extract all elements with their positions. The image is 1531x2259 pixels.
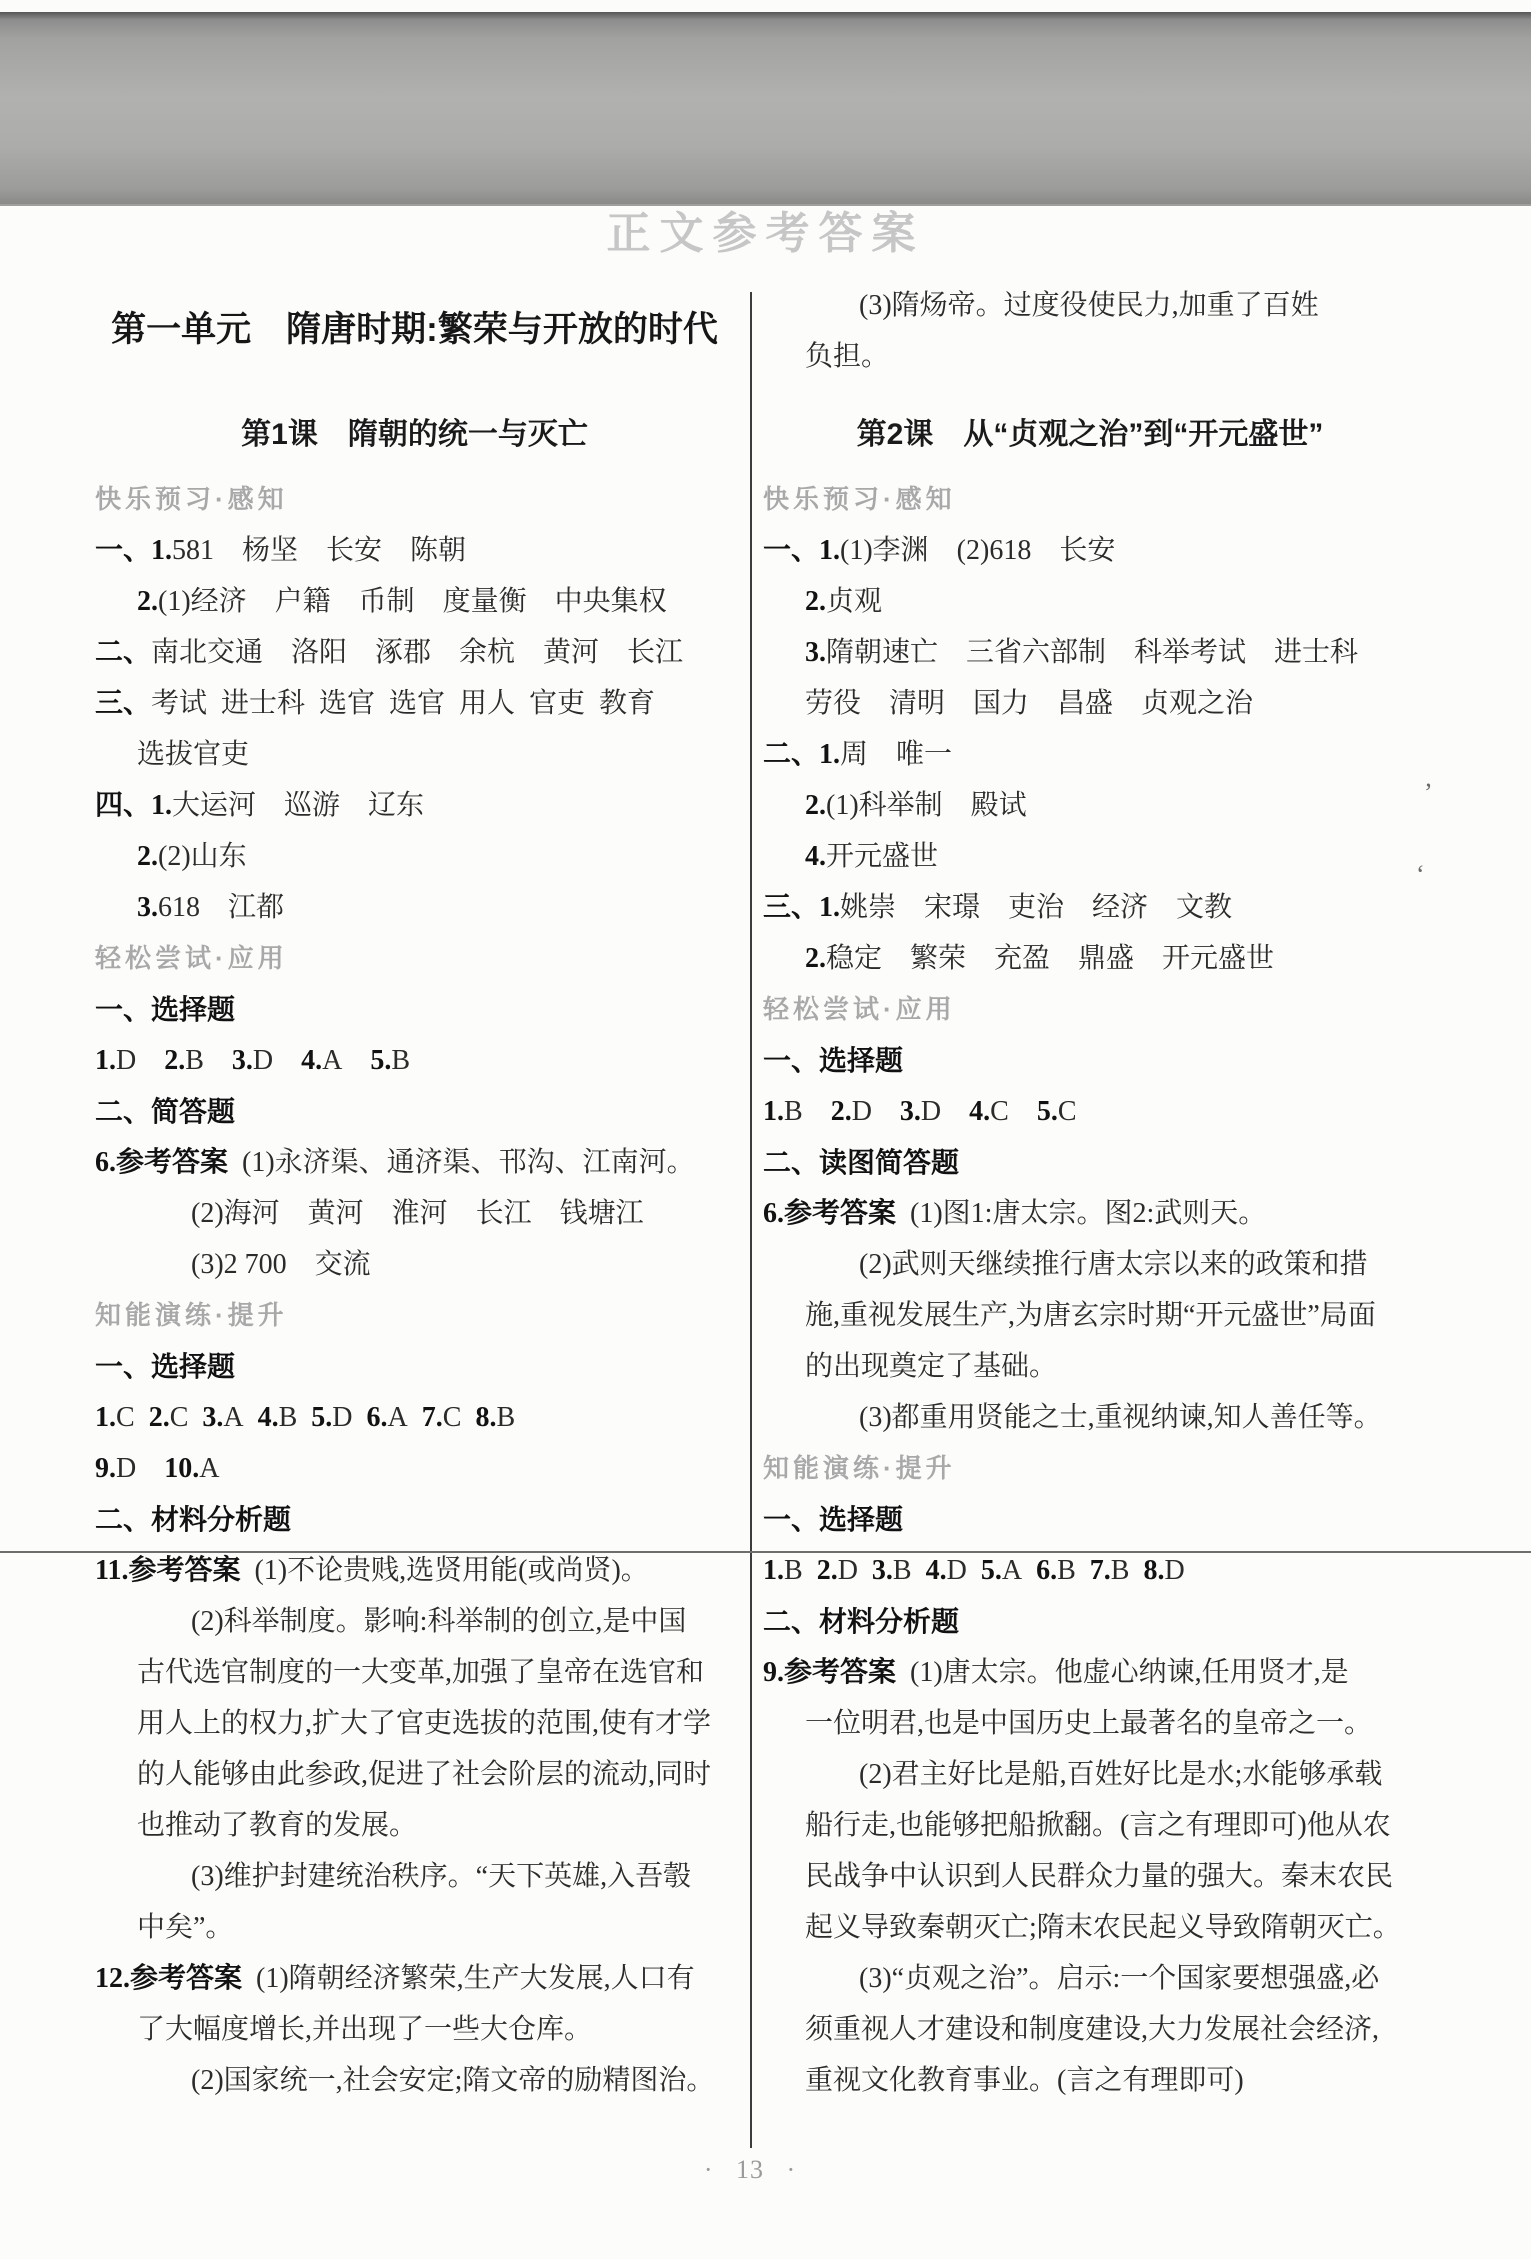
- text-run: (1)唐太宗。他虚心纳谏,任用贤才,是: [896, 1657, 1349, 1688]
- text-run: C: [1058, 1096, 1077, 1127]
- text-run: 7.: [422, 1402, 443, 1433]
- answer-line: (2)武则天继续推行唐太宗以来的政策和措: [763, 1239, 1418, 1290]
- section-label: 知能演练·提升: [763, 1443, 1418, 1494]
- text-run: D: [332, 1402, 366, 1433]
- text-run: 5.: [981, 1555, 1002, 1586]
- answer-line: (3)2 700 交流: [95, 1239, 737, 1290]
- section-label: 轻松尝试·应用: [763, 984, 1418, 1035]
- text-run: C: [443, 1402, 476, 1433]
- text-run: 9.: [95, 1453, 116, 1484]
- answer-line: (3)都重用贤能之士,重视纳谏,知人善任等。: [763, 1392, 1418, 1443]
- text-run: 2.: [831, 1096, 852, 1127]
- text-run: (3)“贞观之治”。启示:一个国家要想强盛,必: [859, 1963, 1379, 1994]
- text-run: 考试 进士科 选官 选官 用人 官吏 教育: [151, 688, 655, 719]
- answer-line: (3)隋炀帝。过度役使民力,加重了百姓: [763, 280, 1418, 331]
- question-type-heading: 二、材料分析题: [95, 1494, 737, 1545]
- text-run: (3)都重用贤能之士,重视纳谏,知人善任等。: [859, 1402, 1382, 1433]
- text-run: B: [784, 1555, 817, 1586]
- answer-line: 3.隋朝速亡 三省六部制 科举考试 进士科: [763, 627, 1418, 678]
- text-run: 4.: [301, 1045, 322, 1076]
- right-column-overflow: (3)隋炀帝。过度役使民力,加重了百姓负担。: [763, 280, 1418, 382]
- text-run: 快乐预习·感知: [95, 484, 288, 514]
- text-run: 须重视人才建设和制度建设,大力发展社会经济,: [805, 2014, 1379, 2045]
- text-run: 2.: [137, 841, 158, 872]
- text-run: 二、1.: [763, 739, 840, 770]
- text-run: D: [1164, 1555, 1184, 1586]
- text-run: 6.: [1036, 1555, 1057, 1586]
- text-run: B: [784, 1096, 831, 1127]
- answer-line: 的出现奠定了基础。: [763, 1341, 1418, 1392]
- text-run: 6.: [367, 1402, 388, 1433]
- text-run: 5.: [1037, 1096, 1058, 1127]
- text-run: 9.参考答案: [763, 1657, 896, 1688]
- answer-line: 3.618 江都: [95, 882, 737, 933]
- text-run: 隋朝速亡 三省六部制 科举考试 进士科: [826, 637, 1358, 668]
- text-run: A: [388, 1402, 422, 1433]
- text-run: 一、选择题: [763, 1504, 903, 1535]
- answer-line: 起义导致秦朝灭亡;隋末农民起义导致隋朝灭亡。: [763, 1902, 1418, 1953]
- text-run: D: [838, 1555, 872, 1586]
- text-run: 四、1.: [95, 790, 172, 821]
- answer-line: 1.C 2.C 3.A 4.B 5.D 6.A 7.C 8.B: [95, 1392, 737, 1443]
- answer-line: 了大幅度增长,并出现了一些大仓库。: [95, 2004, 737, 2055]
- unit-title: 第一单元 隋唐时期:繁荣与开放的时代: [92, 302, 737, 352]
- text-run: 581 杨坚 长安 陈朝: [172, 535, 466, 566]
- text-run: 贞观: [826, 586, 882, 617]
- text-run: (1)图1:唐太宗。图2:武则天。: [896, 1198, 1266, 1229]
- answer-line: (3)维护封建统治秩序。“天下英雄,入吾彀: [95, 1851, 737, 1902]
- text-run: 3.: [805, 637, 826, 668]
- text-run: 2.: [149, 1402, 170, 1433]
- text-run: D: [852, 1096, 900, 1127]
- question-type-heading: 二、材料分析题: [763, 1596, 1418, 1647]
- answer-line: 三、考试 进士科 选官 选官 用人 官吏 教育: [95, 678, 737, 729]
- text-run: 6.参考答案: [95, 1147, 228, 1178]
- text-run: 一、1.: [95, 535, 172, 566]
- text-run: 2.: [817, 1555, 838, 1586]
- text-run: D: [253, 1045, 301, 1076]
- text-run: 南北交通 洛阳 涿郡 余杭 黄河 长江: [151, 637, 683, 668]
- text-run: (3)2 700 交流: [191, 1249, 371, 1280]
- text-run: 4.: [258, 1402, 279, 1433]
- answer-line: 一、1.581 杨坚 长安 陈朝: [95, 525, 737, 576]
- text-run: 劳役 清明 国力 昌盛 贞观之治: [805, 688, 1253, 719]
- answer-line: 11.参考答案 (1)不论贵贱,选贤用能(或尚贤)。: [95, 1545, 737, 1596]
- text-run: 知能演练·提升: [95, 1300, 288, 1330]
- answer-line: 四、1.大运河 巡游 辽东: [95, 780, 737, 831]
- text-run: 2.: [805, 943, 826, 974]
- lesson-title-left: 第1课 隋朝的统一与灭亡: [92, 409, 737, 453]
- text-run: 2.: [805, 790, 826, 821]
- text-run: B: [391, 1045, 410, 1076]
- answer-line: 1.B 2.D 3.D 4.C 5.C: [763, 1086, 1418, 1137]
- left-column: 快乐预习·感知一、1.581 杨坚 长安 陈朝2.(1)经济 户籍 币制 度量衡…: [95, 474, 737, 2106]
- text-run: (2)君主好比是船,百姓好比是水;水能够承载: [859, 1759, 1382, 1790]
- text-run: 3.: [900, 1096, 921, 1127]
- answer-line: 9.D 10.A: [95, 1443, 737, 1494]
- text-run: (1)不论贵贱,选贤用能(或尚贤)。: [240, 1555, 648, 1586]
- text-run: (2)国家统一,社会安定;隋文帝的励精图治。: [191, 2065, 714, 2096]
- answer-line: (2)科举制度。影响:科举制的创立,是中国: [95, 1596, 737, 1647]
- text-run: C: [116, 1402, 149, 1433]
- text-run: 1.: [95, 1045, 116, 1076]
- text-run: B: [185, 1045, 232, 1076]
- answer-line: 9.参考答案 (1)唐太宗。他虚心纳谏,任用贤才,是: [763, 1647, 1418, 1698]
- answer-line: 一、1.(1)李渊 (2)618 长安: [763, 525, 1418, 576]
- answer-line: 中矣”。: [95, 1902, 737, 1953]
- text-run: A: [322, 1045, 370, 1076]
- text-run: A: [223, 1402, 257, 1433]
- text-run: 用人上的权力,扩大了官吏选拔的范围,使有才学: [137, 1708, 711, 1739]
- text-run: 4.: [926, 1555, 947, 1586]
- text-run: 一、选择题: [763, 1045, 903, 1076]
- page-watermark: 正文参考答案: [0, 197, 1531, 261]
- text-run: D: [921, 1096, 969, 1127]
- text-run: 4.: [805, 841, 826, 872]
- text-run: B: [893, 1555, 926, 1586]
- text-run: 8.: [475, 1402, 496, 1433]
- text-run: 10.: [164, 1453, 199, 1484]
- answer-line: 2.(1)科举制 殿试: [763, 780, 1418, 831]
- text-run: 稳定 繁荣 充盈 鼎盛 开元盛世: [826, 943, 1274, 974]
- text-run: 二、: [95, 637, 151, 668]
- answer-line: 1.D 2.B 3.D 4.A 5.B: [95, 1035, 737, 1086]
- text-run: D: [116, 1453, 164, 1484]
- answer-line: 6.参考答案 (1)永济渠、通济渠、邗沟、江南河。: [95, 1137, 737, 1188]
- text-run: 周 唯一: [840, 739, 952, 770]
- text-run: 7.: [1090, 1555, 1111, 1586]
- text-run: 5.: [370, 1045, 391, 1076]
- text-run: 二、简答题: [95, 1096, 235, 1127]
- text-run: 船行走,也能够把船掀翻。(言之有理即可)他从农: [805, 1810, 1391, 1841]
- question-type-heading: 一、选择题: [95, 984, 737, 1035]
- answer-line: (2)国家统一,社会安定;隋文帝的励精图治。: [95, 2055, 737, 2106]
- answer-line: 二、南北交通 洛阳 涿郡 余杭 黄河 长江: [95, 627, 737, 678]
- text-run: 也推动了教育的发展。: [137, 1810, 417, 1841]
- answer-line: (2)君主好比是船,百姓好比是水;水能够承载: [763, 1749, 1418, 1800]
- answer-line: 船行走,也能够把船掀翻。(言之有理即可)他从农: [763, 1800, 1418, 1851]
- question-type-heading: 一、选择题: [763, 1494, 1418, 1545]
- text-run: 2.: [137, 586, 158, 617]
- right-column: 快乐预习·感知一、1.(1)李渊 (2)618 长安2.贞观3.隋朝速亡 三省六…: [763, 474, 1418, 2106]
- answer-line: 的人能够由此参政,促进了社会阶层的流动,同时: [95, 1749, 737, 1800]
- text-run: 姚崇 宋璟 吏治 经济 文教: [840, 892, 1232, 923]
- text-run: 施,重视发展生产,为唐玄宗时期“开元盛世”局面: [805, 1300, 1376, 1331]
- stray-mark: ‘: [1416, 860, 1425, 890]
- answer-line: 2.贞观: [763, 576, 1418, 627]
- answer-line: 劳役 清明 国力 昌盛 贞观之治: [763, 678, 1418, 729]
- text-run: 二、读图简答题: [763, 1147, 959, 1178]
- text-run: (1)永济渠、通济渠、邗沟、江南河。: [228, 1147, 695, 1178]
- answer-line: 重视文化教育事业。(言之有理即可): [763, 2055, 1418, 2106]
- text-run: 1.: [763, 1555, 784, 1586]
- section-label: 快乐预习·感知: [763, 474, 1418, 525]
- section-label: 知能演练·提升: [95, 1290, 737, 1341]
- section-label: 轻松尝试·应用: [95, 933, 737, 984]
- answer-line: 4.开元盛世: [763, 831, 1418, 882]
- question-type-heading: 二、简答题: [95, 1086, 737, 1137]
- text-run: 大运河 巡游 辽东: [172, 790, 424, 821]
- text-run: 3.: [232, 1045, 253, 1076]
- text-run: 2.: [805, 586, 826, 617]
- text-run: C: [990, 1096, 1037, 1127]
- stray-mark: ’: [1424, 778, 1433, 808]
- text-run: 一、选择题: [95, 1351, 235, 1382]
- text-run: 古代选官制度的一大变革,加强了皇帝在选官和: [137, 1657, 704, 1688]
- answer-line: 二、1.周 唯一: [763, 729, 1418, 780]
- text-run: (3)隋炀帝。过度役使民力,加重了百姓: [859, 290, 1319, 321]
- text-run: 知能演练·提升: [763, 1453, 956, 1483]
- text-run: 4.: [969, 1096, 990, 1127]
- text-run: (1)李渊 (2)618 长安: [840, 535, 1115, 566]
- text-run: 的人能够由此参政,促进了社会阶层的流动,同时: [137, 1759, 711, 1790]
- text-run: 选拔官吏: [137, 739, 249, 770]
- answer-line: 12.参考答案 (1)隋朝经济繁荣,生产大发展,人口有: [95, 1953, 737, 2004]
- text-run: 的出现奠定了基础。: [805, 1351, 1057, 1382]
- text-run: 三、1.: [763, 892, 840, 923]
- page-number: · 13 ·: [610, 2155, 890, 2185]
- answer-line: 古代选官制度的一大变革,加强了皇帝在选官和: [95, 1647, 737, 1698]
- text-run: D: [947, 1555, 981, 1586]
- text-run: 6.参考答案: [763, 1198, 896, 1229]
- scan-edge-band: [0, 12, 1531, 206]
- text-run: 快乐预习·感知: [763, 484, 956, 514]
- text-run: 中矣”。: [137, 1912, 233, 1943]
- answer-line: 6.参考答案 (1)图1:唐太宗。图2:武则天。: [763, 1188, 1418, 1239]
- text-run: 二、材料分析题: [763, 1606, 959, 1637]
- text-run: B: [279, 1402, 312, 1433]
- text-run: (1)科举制 殿试: [826, 790, 1027, 821]
- text-run: 重视文化教育事业。(言之有理即可): [805, 2065, 1244, 2096]
- text-run: 1.: [95, 1402, 116, 1433]
- text-run: (2)武则天继续推行唐太宗以来的政策和措: [859, 1249, 1368, 1280]
- text-run: (2)海河 黄河 淮河 长江 钱塘江: [191, 1198, 644, 1229]
- text-run: 一、1.: [763, 535, 840, 566]
- answer-line: 用人上的权力,扩大了官吏选拔的范围,使有才学: [95, 1698, 737, 1749]
- text-run: A: [1002, 1555, 1036, 1586]
- answer-line: 2.稳定 繁荣 充盈 鼎盛 开元盛世: [763, 933, 1418, 984]
- answer-line: 须重视人才建设和制度建设,大力发展社会经济,: [763, 2004, 1418, 2055]
- answer-line: (3)“贞观之治”。启示:一个国家要想强盛,必: [763, 1953, 1418, 2004]
- text-run: 了大幅度增长,并出现了一些大仓库。: [137, 2014, 592, 2045]
- answer-line: (2)海河 黄河 淮河 长江 钱塘江: [95, 1188, 737, 1239]
- answer-line: 2.(2)山东: [95, 831, 737, 882]
- text-run: 开元盛世: [826, 841, 938, 872]
- question-type-heading: 一、选择题: [95, 1341, 737, 1392]
- text-run: 1.: [763, 1096, 784, 1127]
- text-run: (2)科举制度。影响:科举制的创立,是中国: [191, 1606, 686, 1637]
- lesson-title-right: 第2课 从“贞观之治”到“开元盛世”: [760, 409, 1420, 453]
- text-run: 二、材料分析题: [95, 1504, 291, 1535]
- text-run: 一位明君,也是中国历史上最著名的皇帝之一。: [805, 1708, 1372, 1739]
- answer-line: 施,重视发展生产,为唐玄宗时期“开元盛世”局面: [763, 1290, 1418, 1341]
- answer-line: 负担。: [763, 331, 1418, 382]
- text-run: 2.: [164, 1045, 185, 1076]
- question-type-heading: 一、选择题: [763, 1035, 1418, 1086]
- answer-line: 一位明君,也是中国历史上最著名的皇帝之一。: [763, 1698, 1418, 1749]
- text-run: (1)隋朝经济繁荣,生产大发展,人口有: [242, 1963, 695, 1994]
- text-run: 12.参考答案: [95, 1963, 242, 1994]
- answer-line: 选拔官吏: [95, 729, 737, 780]
- text-run: (2)山东: [158, 841, 247, 872]
- text-run: (1)经济 户籍 币制 度量衡 中央集权: [158, 586, 667, 617]
- text-run: B: [1111, 1555, 1144, 1586]
- text-run: 3.: [202, 1402, 223, 1433]
- text-run: 3.: [872, 1555, 893, 1586]
- section-label: 快乐预习·感知: [95, 474, 737, 525]
- text-run: 8.: [1143, 1555, 1164, 1586]
- text-run: 618 江都: [158, 892, 284, 923]
- answer-line: 三、1.姚崇 宋璟 吏治 经济 文教: [763, 882, 1418, 933]
- text-run: 5.: [311, 1402, 332, 1433]
- text-run: D: [116, 1045, 164, 1076]
- text-run: A: [199, 1453, 219, 1484]
- text-run: 轻松尝试·应用: [95, 943, 288, 973]
- text-run: B: [1057, 1555, 1090, 1586]
- answer-line: 1.B 2.D 3.B 4.D 5.A 6.B 7.B 8.D: [763, 1545, 1418, 1596]
- column-divider: [750, 292, 752, 2148]
- answer-line: 2.(1)经济 户籍 币制 度量衡 中央集权: [95, 576, 737, 627]
- text-run: 轻松尝试·应用: [763, 994, 956, 1024]
- text-run: 11.参考答案: [95, 1555, 240, 1586]
- question-type-heading: 二、读图简答题: [763, 1137, 1418, 1188]
- text-run: C: [170, 1402, 203, 1433]
- answer-line: 民战争中认识到人民群众力量的强大。秦末农民: [763, 1851, 1418, 1902]
- text-run: 起义导致秦朝灭亡;隋末农民起义导致隋朝灭亡。: [805, 1912, 1401, 1943]
- text-run: 一、选择题: [95, 994, 235, 1025]
- text-run: 3.: [137, 892, 158, 923]
- text-run: 民战争中认识到人民群众力量的强大。秦末农民: [805, 1861, 1393, 1892]
- text-run: (3)维护封建统治秩序。“天下英雄,入吾彀: [191, 1861, 691, 1892]
- text-run: 三、: [95, 688, 151, 719]
- text-run: 负担。: [805, 341, 889, 372]
- answer-line: 也推动了教育的发展。: [95, 1800, 737, 1851]
- text-run: B: [496, 1402, 515, 1433]
